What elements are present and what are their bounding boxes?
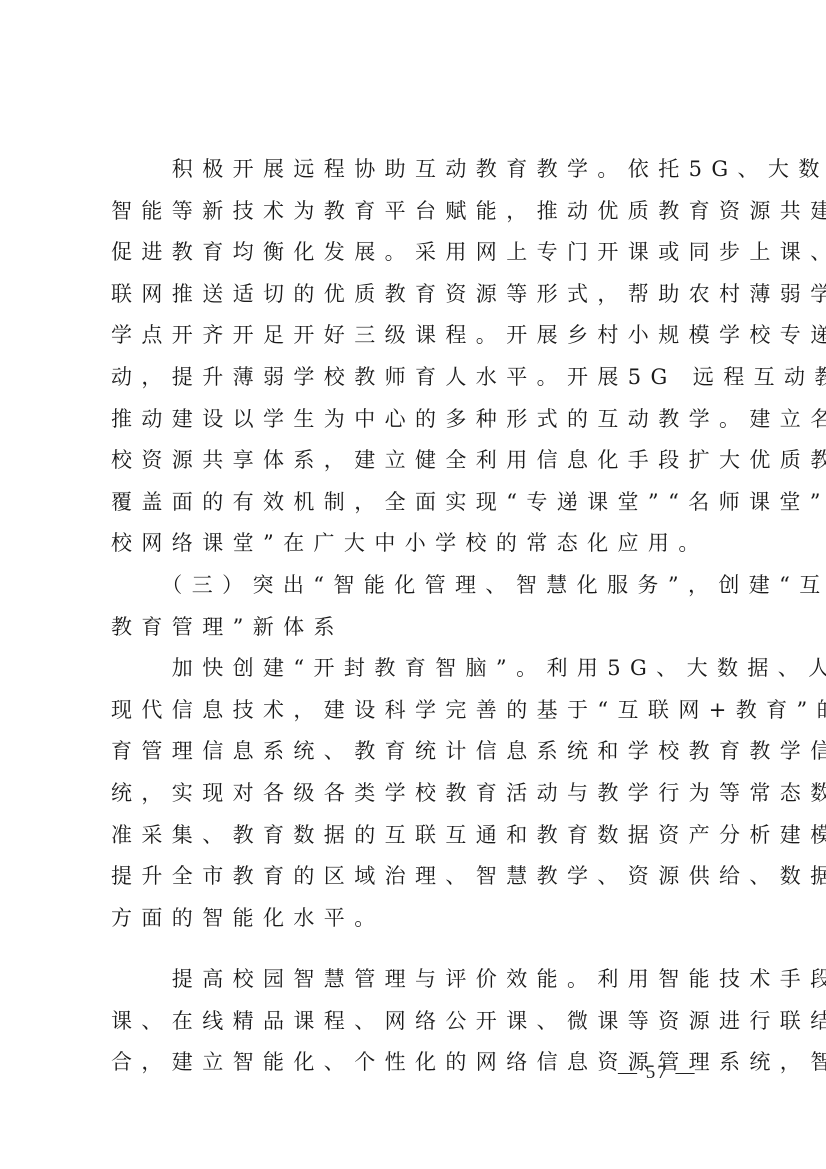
- paragraph-line: 校资源共享体系，建立健全利用信息化手段扩大优质教育资源: [111, 440, 727, 482]
- paragraph-line: 联网推送适切的优质教育资源等形式，帮助农村薄弱学校和教: [111, 274, 727, 316]
- paragraph-line: 校网络课堂”在广大中小学校的常态化应用。: [111, 523, 727, 565]
- paragraph-line: 推动建设以学生为中心的多种形式的互动教学。建立名师、名: [111, 399, 727, 441]
- paragraph-line: 提升全市教育的区域治理、智慧教学、资源供给、数据决策等: [111, 856, 727, 898]
- section-heading-line: （三）突出“智能化管理、智慧化服务”，创建“互联网+: [111, 565, 727, 607]
- paragraph-line: 现代信息技术，建设科学完善的基于“互联网+教育”的智慧教: [111, 690, 727, 732]
- paragraph-line: 加快创建“开封教育智脑”。利用5G、大数据、人工智能等: [111, 648, 727, 690]
- document-body: 积极开展远程协助互动教育教学。依托5G、大数据、人工 智能等新技术为教育平台赋能…: [111, 149, 727, 1084]
- paragraph-line: 动，提升薄弱学校教师育人水平。开展5G 远程互动教学研究，: [111, 357, 727, 399]
- paragraph-line: 提高校园智慧管理与评价效能。利用智能技术手段将慕: [111, 959, 727, 1001]
- paragraph-line: 课、在线精品课程、网络公开课、微课等资源进行联结与整: [111, 1001, 727, 1043]
- paragraph-line: 积极开展远程协助互动教育教学。依托5G、大数据、人工: [111, 149, 727, 191]
- paragraph-spacer: [111, 939, 727, 959]
- paragraph-line: 育管理信息系统、教育统计信息系统和学校教育教学信息系: [111, 731, 727, 773]
- paragraph-line: 覆盖面的有效机制，全面实现“专递课堂”“名师课堂”“名: [111, 482, 727, 524]
- page-number: — 57 —: [618, 1062, 697, 1084]
- paragraph-line: 学点开齐开足开好三级课程。开展乡村小规模学校专递课堂行: [111, 315, 727, 357]
- paragraph-line: 方面的智能化水平。: [111, 898, 727, 940]
- paragraph-line: 准采集、教育数据的互联互通和教育数据资产分析建模，全面: [111, 815, 727, 857]
- paragraph-line: 智能等新技术为教育平台赋能，推动优质教育资源共建共享，: [111, 191, 727, 233]
- paragraph-line: 促进教育均衡化发展。采用网上专门开课或同步上课、利用互: [111, 232, 727, 274]
- paragraph-line: 统，实现对各级各类学校教育活动与教学行为等常态数据的精: [111, 773, 727, 815]
- section-heading-line: 教育管理”新体系: [111, 607, 727, 649]
